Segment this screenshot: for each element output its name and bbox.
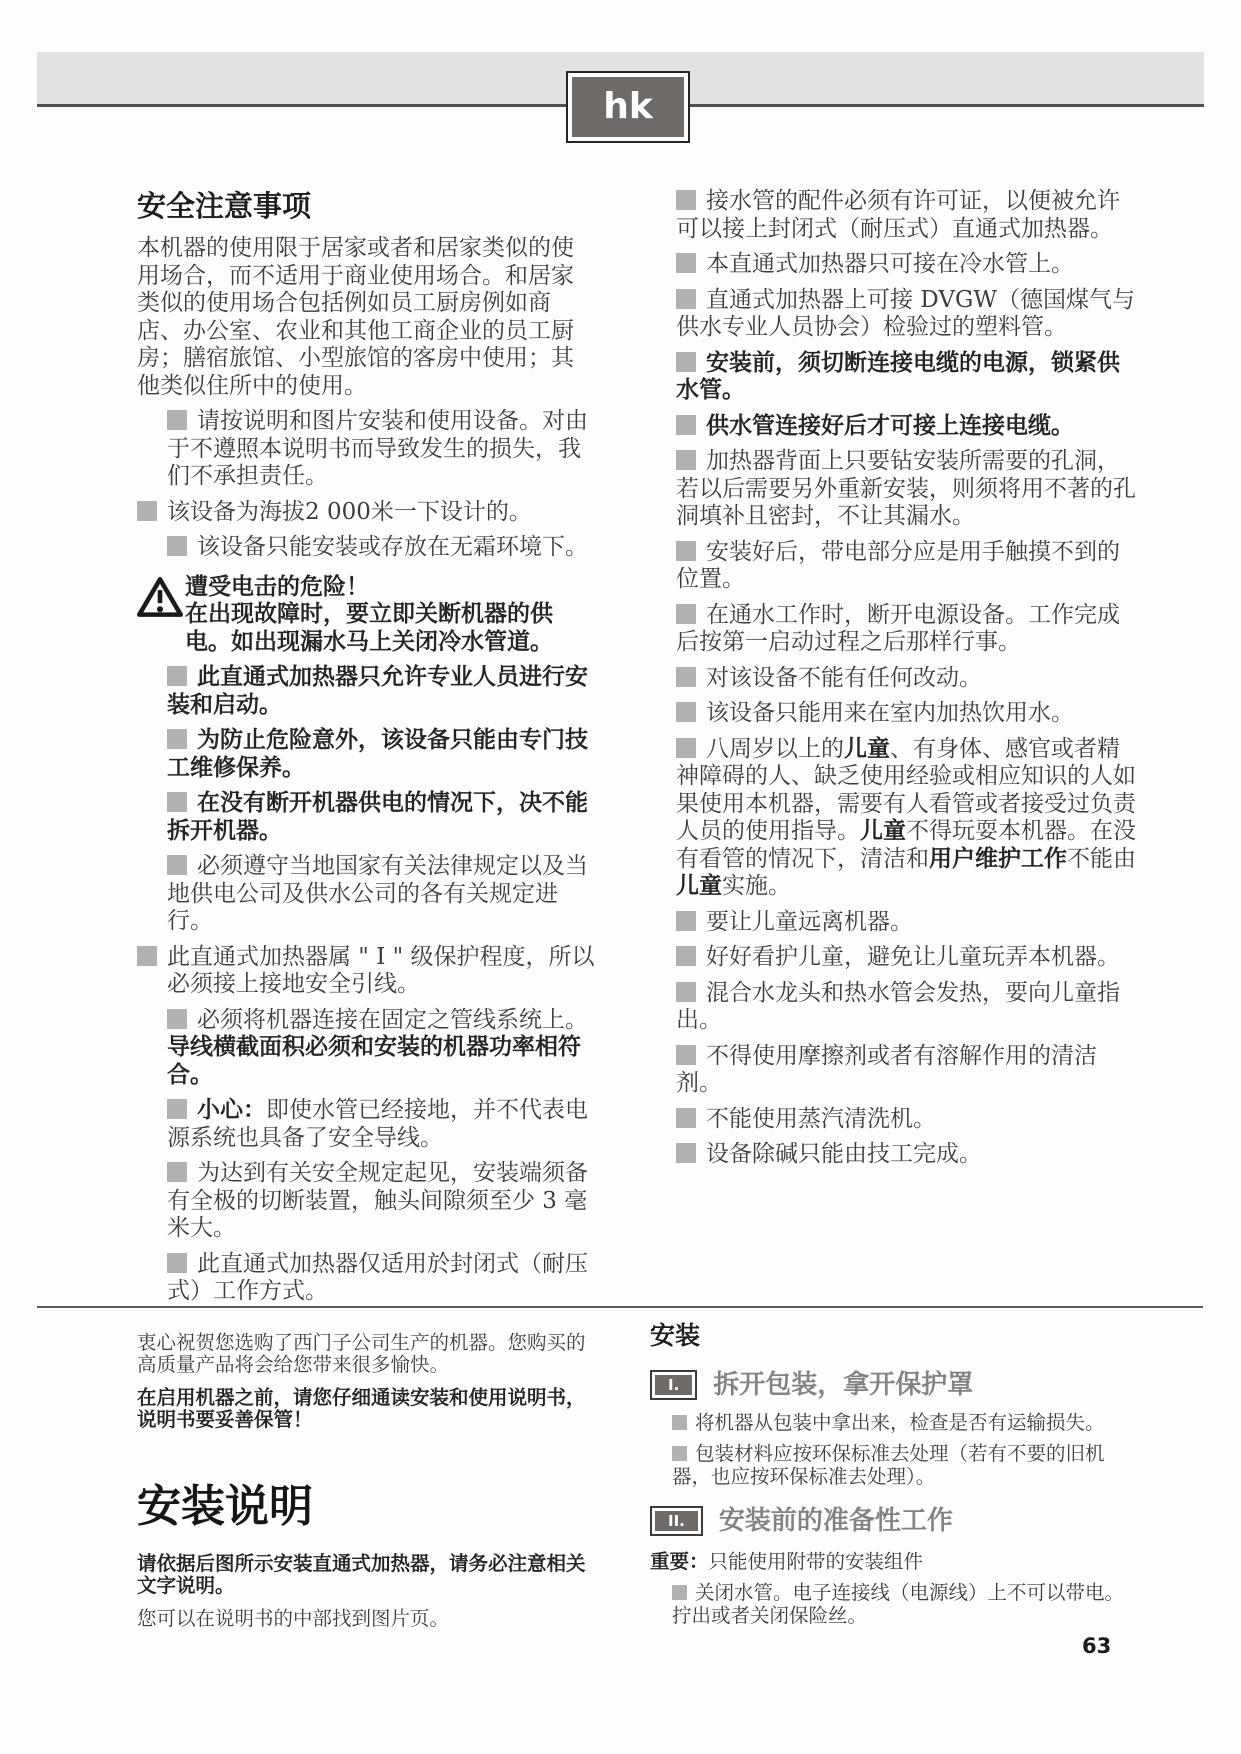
text-segment: 必须将机器连接在固定之管线系统上。 xyxy=(197,1007,588,1033)
text-segment: 必须遵守当地国家有关法律规定以及当地供电公司及供水公司的各有关规定进行。 xyxy=(167,853,588,934)
bullet-item: 对该设备不能有任何改动。 xyxy=(676,665,1136,693)
bullet-square-icon xyxy=(676,450,696,470)
bullet-square-icon xyxy=(167,536,187,556)
electric-shock-warning: 遭受电击的危险！在出现故障时，要立即关断机器的供电。如出现漏水马上关闭冷水管道。 xyxy=(137,574,595,657)
bullet-item: 该设备只能用来在室内加热饮用水。 xyxy=(676,700,1136,728)
bullet-square-icon xyxy=(676,541,696,561)
congrats-paragraph: 衷心祝贺您选购了西门子公司生产的机器。您购买的高质量产品将会给您带来很多愉快。 xyxy=(137,1332,601,1376)
bullet-square-icon xyxy=(672,1415,687,1430)
step-bullet-item: 关闭水管。电子连接线（电源线）上不可以带电。拧出或者关闭保险丝。 xyxy=(672,1581,1142,1627)
text-segment: 加热器背面上只要钻安装所需要的孔洞，若以后需要另外重新安装，则须将用不著的孔洞填… xyxy=(676,448,1136,529)
text-segment: 在没有断开机器供电的情况下，决不能拆开机器。 xyxy=(167,790,588,844)
hk-logo-text: hk xyxy=(572,77,684,137)
bullet-square-icon xyxy=(137,501,157,521)
bullet-item: 接水管的配件必须有许可证，以便被允许可以接上封闭式（耐压式）直通式加热器。 xyxy=(676,188,1136,243)
text-segment: 直通式加热器上可接 DVGW（德国煤气与供水专业人员协会）检验过的塑料管。 xyxy=(676,287,1135,341)
text-segment: 为防止危险意外，该设备只能由专门技工维修保养。 xyxy=(167,727,588,781)
important-text: 只能使用附带的安装组件 xyxy=(709,1550,924,1573)
text-segment: 不能使用蒸汽清洗机。 xyxy=(706,1106,936,1132)
text-segment: 用户维护工作 xyxy=(929,846,1067,872)
step-number: II. xyxy=(655,1511,698,1531)
text-segment: 好好看护儿童，避免让儿童玩弄本机器。 xyxy=(706,944,1120,970)
bullet-square-icon xyxy=(672,1585,687,1600)
right-column-items: 接水管的配件必须有许可证，以便被允许可以接上封闭式（耐压式）直通式加热器。本直通… xyxy=(676,188,1136,1169)
text-segment: 此直通式加热器仅适用於封闭式（耐压式）工作方式。 xyxy=(167,1251,588,1305)
bullet-square-icon xyxy=(676,1143,696,1163)
left-column: 安全注意事项 本机器的使用限于居家或者和居家类似的使用场合，而不适用于商业使用场… xyxy=(137,190,595,1306)
bullet-item: 在通水工作时，断开电源设备。工作完成后按第一启动过程之后那样行事。 xyxy=(676,602,1136,657)
bullet-item: 不能使用蒸汽清洗机。 xyxy=(676,1106,1136,1134)
text-segment: 关闭水管。电子连接线（电源线）上不可以带电。拧出或者关闭保险丝。 xyxy=(672,1581,1124,1627)
bullet-square-icon xyxy=(676,702,696,722)
step-header: II.安装前的准备性工作 xyxy=(650,1506,1142,1536)
installation-section: 安装 I.拆开包装，拿开保护罩将机器从包装中拿出来，检查是否有运输损失。包装材料… xyxy=(650,1322,1142,1635)
step-bullet-item: 将机器从包装中拿出来，检查是否有运输损失。 xyxy=(672,1411,1142,1434)
text-segment: 在通水工作时，断开电源设备。工作完成后按第一启动过程之后那样行事。 xyxy=(676,602,1120,656)
bullet-square-icon xyxy=(676,289,696,309)
step-number-box: II. xyxy=(650,1506,703,1536)
bullet-item: 不得使用摩擦剂或者有溶解作用的清洁剂。 xyxy=(676,1043,1136,1098)
text-segment: 实施。 xyxy=(722,873,791,899)
bullet-square-icon xyxy=(167,1099,187,1119)
left-column-items: 请按说明和图片安装和使用设备。对由于不遵照本说明书而导致发生的损失，我们不承担责… xyxy=(137,408,595,1306)
bullet-square-icon xyxy=(676,1108,696,1128)
text-segment: 包装材料应按环保标准去处理（若有不要的旧机器，也应按环保标准去处理）。 xyxy=(672,1442,1105,1488)
bullet-item: 必须遵守当地国家有关法律规定以及当地供电公司及供水公司的各有关规定进行。 xyxy=(167,853,595,936)
warning-triangle-icon xyxy=(137,574,185,657)
text-segment: 小心： xyxy=(197,1097,266,1123)
bullet-item: 安装前，须切断连接电缆的电源，锁紧供水管。 xyxy=(676,350,1136,405)
hk-logo: hk xyxy=(566,71,690,143)
text-segment: 本直通式加热器只可接在冷水管上。 xyxy=(706,251,1074,277)
bullet-item: 必须将机器连接在固定之管线系统上。导线横截面积必须和安装的机器功率相符合。 xyxy=(167,1007,595,1090)
text-segment: 对该设备不能有任何改动。 xyxy=(706,665,982,691)
bullet-item: 加热器背面上只要钻安装所需要的孔洞，若以后需要另外重新安装，则须将用不著的孔洞填… xyxy=(676,448,1136,531)
text-segment: 要让儿童远离机器。 xyxy=(706,909,913,935)
section-divider xyxy=(37,1306,1203,1308)
bullet-square-icon xyxy=(167,666,187,686)
bullet-square-icon xyxy=(676,667,696,687)
bullet-square-icon xyxy=(167,1009,187,1029)
text-segment: 该设备只能用来在室内加热饮用水。 xyxy=(706,700,1074,726)
bullet-square-icon xyxy=(167,792,187,812)
bullet-square-icon xyxy=(676,352,696,372)
bullet-item: 请按说明和图片安装和使用设备。对由于不遵照本说明书而导致发生的损失，我们不承担责… xyxy=(167,408,595,491)
text-segment: 儿童 xyxy=(844,736,890,762)
bullet-square-icon xyxy=(167,1253,187,1273)
text-segment: 安装前，须切断连接电缆的电源，锁紧供水管。 xyxy=(676,350,1120,404)
bullet-square-icon xyxy=(676,604,696,624)
text-segment: 此直通式加热器只允许专业人员进行安装和启动。 xyxy=(167,664,588,718)
bullet-square-icon xyxy=(676,738,696,758)
bullet-square-icon xyxy=(676,253,696,273)
step-title: 安装前的准备性工作 xyxy=(719,1510,953,1533)
manual-page: hk 安全注意事项 本机器的使用限于居家或者和居家类似的使用场合，而不适用于商业… xyxy=(0,0,1241,1754)
picture-page-note: 您可以在说明书的中部找到图片页。 xyxy=(137,1608,601,1630)
text-segment: 不得使用摩擦剂或者有溶解作用的清洁剂。 xyxy=(676,1043,1097,1097)
bullet-square-icon xyxy=(676,946,696,966)
install-steps: I.拆开包装，拿开保护罩将机器从包装中拿出来，检查是否有运输损失。包装材料应按环… xyxy=(650,1370,1142,1627)
read-instructions-note: 在启用机器之前，请您仔细通读安装和使用说明书，说明书要妥善保管！ xyxy=(137,1387,601,1431)
important-note: 重要：只能使用附带的安装组件 xyxy=(650,1550,1142,1573)
bullet-square-icon xyxy=(167,410,187,430)
warning-title: 遭受电击的危险！ xyxy=(185,574,595,602)
text-segment: 安装好后，带电部分应是用手触摸不到的位置。 xyxy=(676,539,1120,593)
bullet-square-icon xyxy=(676,911,696,931)
install-note: 请依据后图所示安装直通式加热器，请务必注意相关文字说明。 xyxy=(137,1553,601,1597)
important-label: 重要： xyxy=(650,1550,709,1573)
text-segment: 为达到有关安全规定起见，安装端须备有全极的切断装置，触头间隙须至少 3 毫米大。 xyxy=(167,1160,588,1241)
bullet-square-icon xyxy=(676,415,696,435)
text-segment: 儿童 xyxy=(676,873,722,899)
step-header: I.拆开包装，拿开保护罩 xyxy=(650,1370,1142,1400)
text-segment: 接水管的配件必须有许可证，以便被允许可以接上封闭式（耐压式）直通式加热器。 xyxy=(676,188,1120,242)
page-number: 63 xyxy=(1082,1634,1111,1658)
bullet-square-icon xyxy=(167,855,187,875)
bullet-item: 供水管连接好后才可接上连接电缆。 xyxy=(676,413,1136,441)
bullet-item: 好好看护儿童，避免让儿童玩弄本机器。 xyxy=(676,944,1136,972)
bullet-item: 此直通式加热器属 " Ⅰ " 级保护程度，所以必须接上接地安全引线。 xyxy=(137,944,595,999)
bullet-item: 此直通式加热器只允许专业人员进行安装和启动。 xyxy=(167,664,595,719)
text-segment: 供水管连接好后才可接上连接电缆。 xyxy=(706,413,1074,439)
bullet-item: 为达到有关安全规定起见，安装端须备有全极的切断装置，触头间隙须至少 3 毫米大。 xyxy=(167,1160,595,1243)
warning-body: 在出现故障时，要立即关断机器的供电。如出现漏水马上关闭冷水管道。 xyxy=(185,601,595,656)
text-segment: 该设备只能安装或存放在无霜环境下。 xyxy=(197,534,588,560)
bullet-item: 直通式加热器上可接 DVGW（德国煤气与供水专业人员协会）检验过的塑料管。 xyxy=(676,287,1136,342)
step-bullet-item: 包装材料应按环保标准去处理（若有不要的旧机器，也应按环保标准去处理）。 xyxy=(672,1442,1142,1488)
bullet-item: 混合水龙头和热水管会发热，要向儿童指出。 xyxy=(676,980,1136,1035)
warning-text: 遭受电击的危险！在出现故障时，要立即关断机器的供电。如出现漏水马上关闭冷水管道。 xyxy=(185,574,595,657)
step-number: I. xyxy=(655,1375,692,1395)
bullet-item: 该设备为海拔2 000米一下设计的。 xyxy=(137,499,595,527)
bullet-square-icon xyxy=(137,946,157,966)
bullet-square-icon xyxy=(676,1045,696,1065)
bullet-item: 本直通式加热器只可接在冷水管上。 xyxy=(676,251,1136,279)
text-segment: 该设备为海拔2 000米一下设计的。 xyxy=(167,499,532,525)
step-number-box: I. xyxy=(650,1370,697,1400)
right-column: 接水管的配件必须有许可证，以便被允许可以接上封闭式（耐压式）直通式加热器。本直通… xyxy=(676,188,1136,1169)
text-segment: 设备除碱只能由技工完成。 xyxy=(706,1141,982,1167)
bullet-square-icon xyxy=(676,190,696,210)
bullet-square-icon xyxy=(672,1446,687,1461)
bullet-square-icon xyxy=(167,1162,187,1182)
text-segment: 请按说明和图片安装和使用设备。对由于不遵照本说明书而导致发生的损失，我们不承担责… xyxy=(167,408,588,489)
bullet-item: 该设备只能安装或存放在无霜环境下。 xyxy=(167,534,595,562)
text-segment: 导线横截面积必须和安装的机器功率相符合。 xyxy=(167,1034,581,1088)
text-segment: 此直通式加热器属 " Ⅰ " 级保护程度，所以必须接上接地安全引线。 xyxy=(167,944,595,998)
bullet-item: 八周岁以上的儿童、有身体、感官或者精神障碍的人、缺乏使用经验或相应知识的人如果使… xyxy=(676,736,1136,901)
bullet-item: 小心：即使水管已经接地，并不代表电源系统也具备了安全导线。 xyxy=(167,1097,595,1152)
install-instructions-heading: 安装说明 xyxy=(137,1483,601,1531)
intro-paragraph: 本机器的使用限于居家或者和居家类似的使用场合，而不适用于商业使用场合。和居家类似… xyxy=(137,235,595,400)
bullet-item: 设备除碱只能由技工完成。 xyxy=(676,1141,1136,1169)
safety-heading: 安全注意事项 xyxy=(137,190,595,222)
text-segment: 八周岁以上的 xyxy=(706,736,844,762)
bullet-square-icon xyxy=(167,729,187,749)
text-segment: 儿童 xyxy=(860,818,906,844)
bullet-item: 要让儿童远离机器。 xyxy=(676,909,1136,937)
text-segment: 不能由 xyxy=(1067,846,1136,872)
bullet-item: 安装好后，带电部分应是用手触摸不到的位置。 xyxy=(676,539,1136,594)
text-segment: 混合水龙头和热水管会发热，要向儿童指出。 xyxy=(676,980,1120,1034)
bullet-item: 为防止危险意外，该设备只能由专门技工维修保养。 xyxy=(167,727,595,782)
bullet-square-icon xyxy=(676,982,696,1002)
installation-heading: 安装 xyxy=(650,1322,1142,1350)
text-segment: 将机器从包装中拿出来，检查是否有运输损失。 xyxy=(695,1411,1105,1434)
bottom-left-section: 衷心祝贺您选购了西门子公司生产的机器。您购买的高质量产品将会给您带来很多愉快。 … xyxy=(137,1332,601,1641)
bullet-item: 在没有断开机器供电的情况下，决不能拆开机器。 xyxy=(167,790,595,845)
step-title: 拆开包装，拿开保护罩 xyxy=(713,1374,973,1397)
bullet-item: 此直通式加热器仅适用於封闭式（耐压式）工作方式。 xyxy=(167,1251,595,1306)
